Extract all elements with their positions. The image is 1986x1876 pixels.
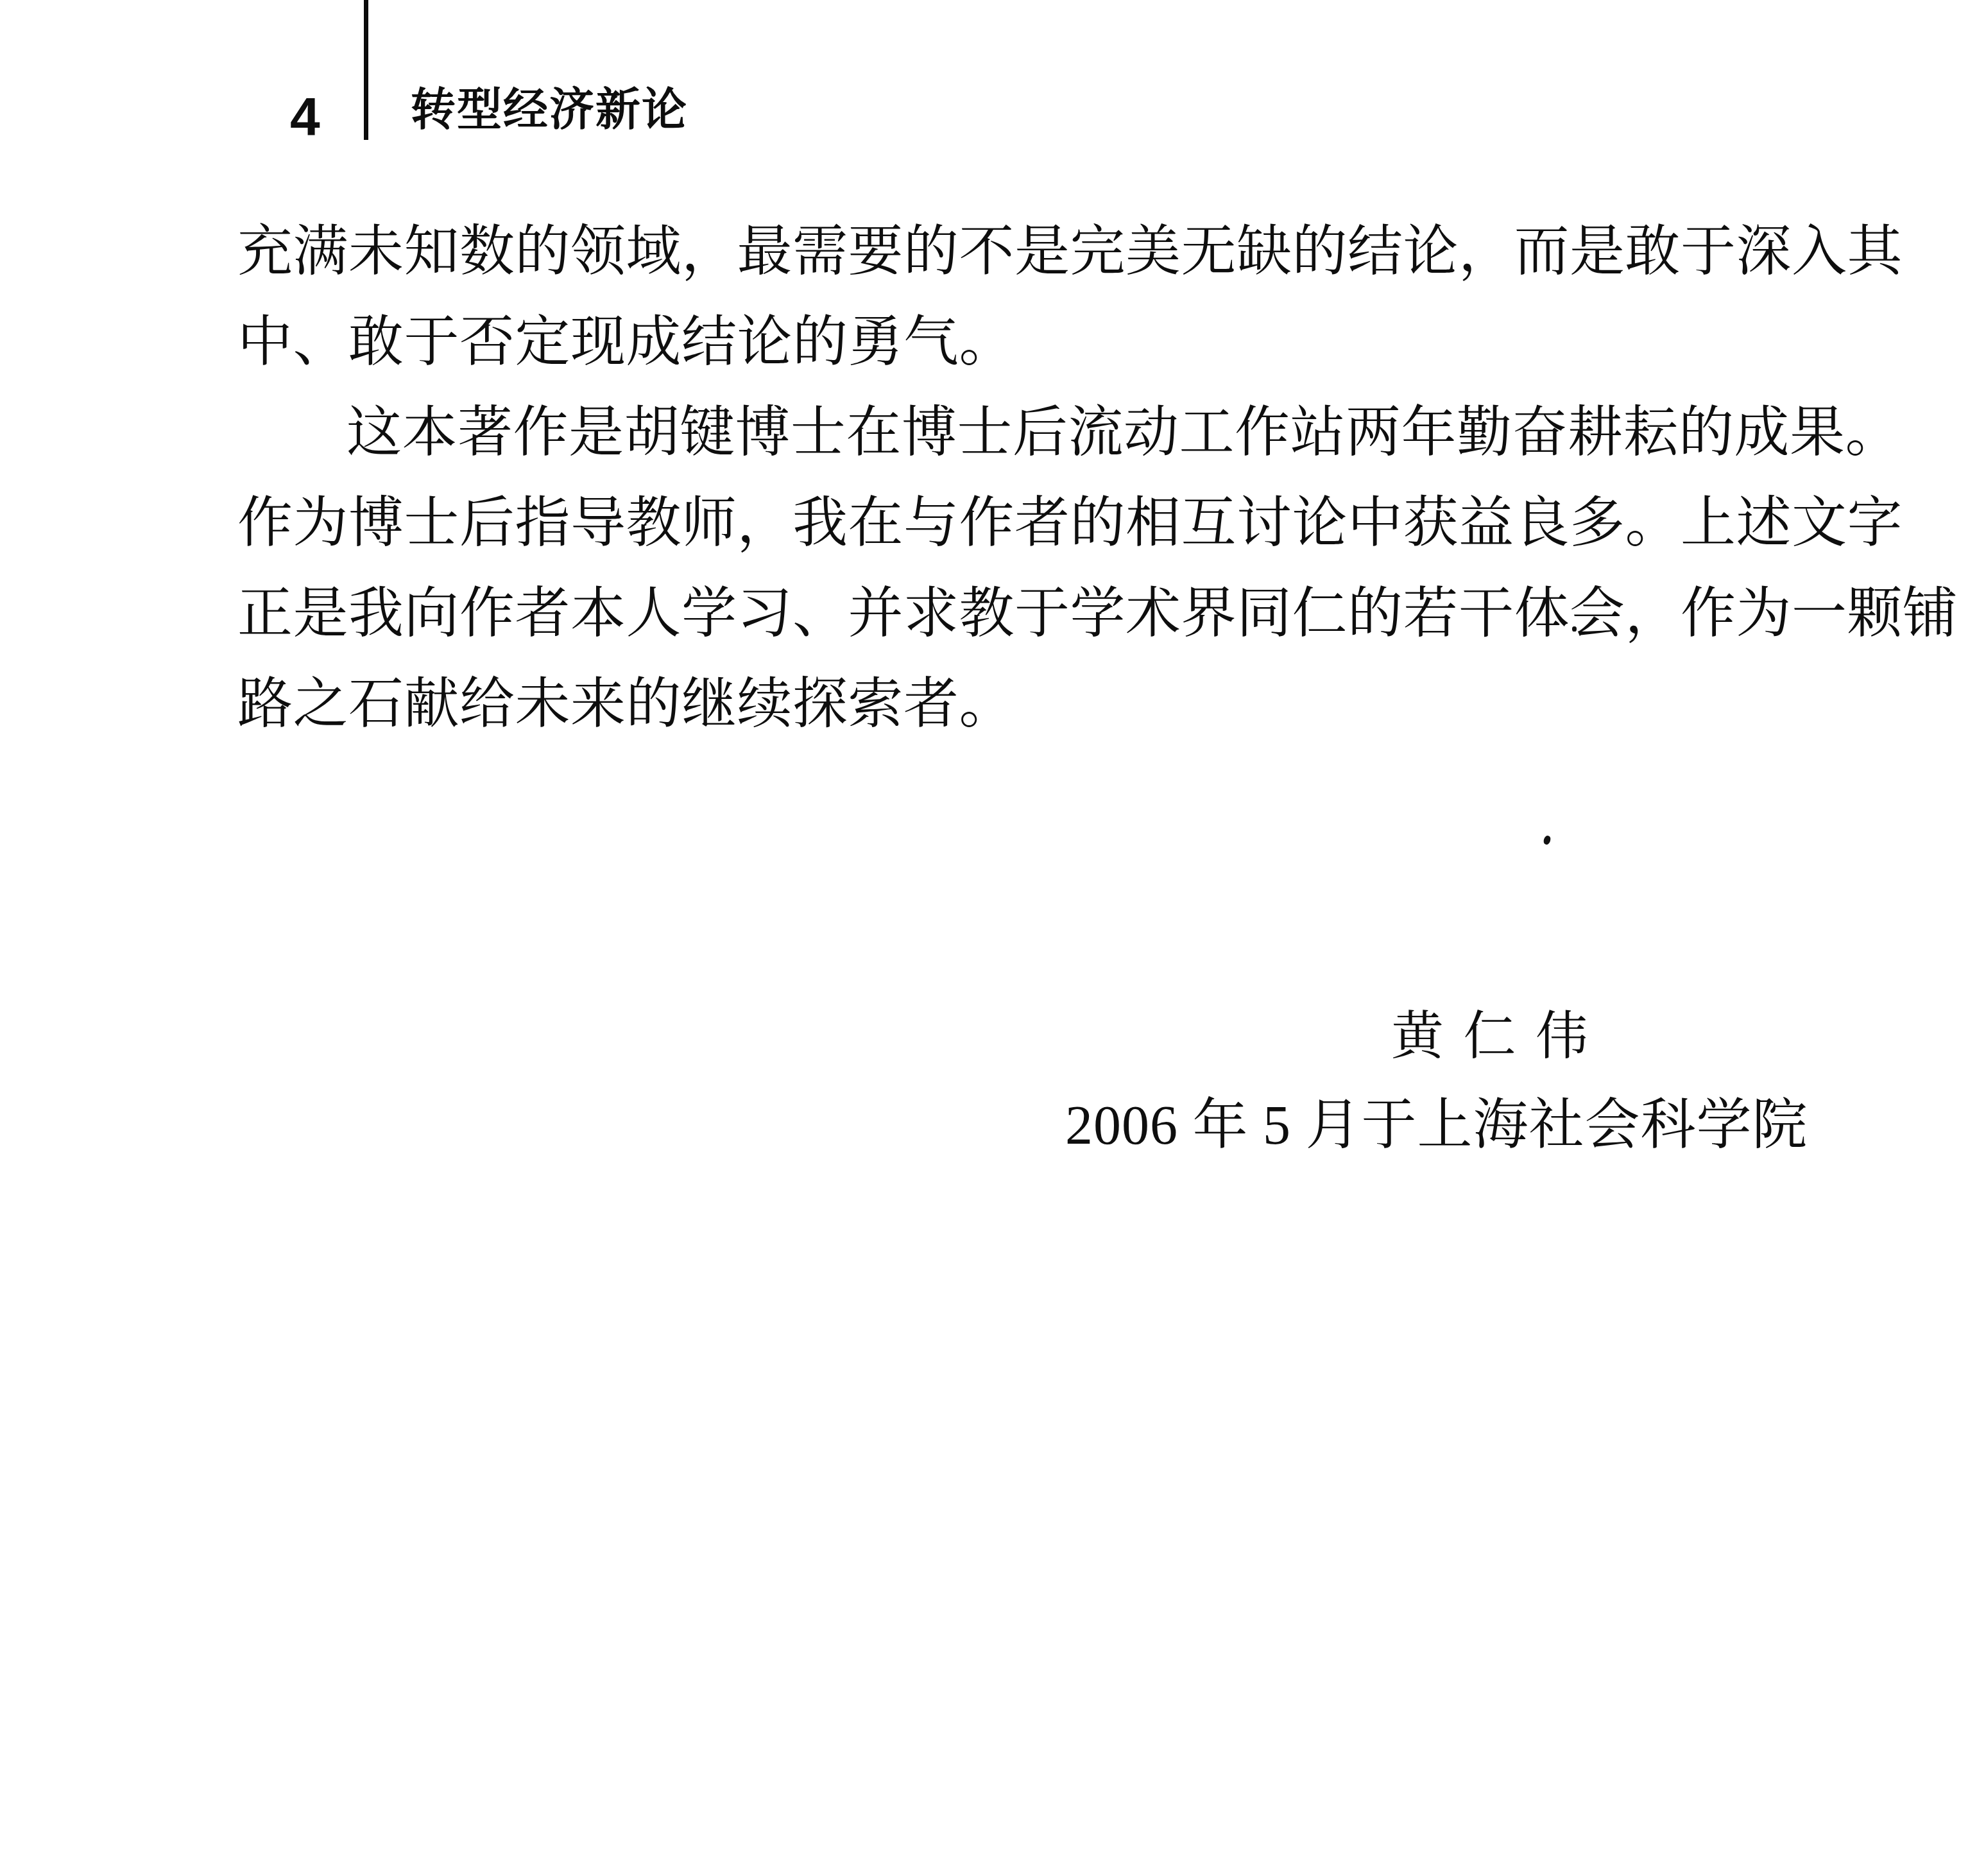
body-line-5: 正是我向作者本人学习、并求教于学术界同仁的若干体会，作为一颗铺 — [237, 569, 1906, 659]
body-line-4: 作为博士后指导教师，我在与作者的相互讨论中获益良多。上述文字 — [237, 478, 1906, 569]
body-line-1: 充满未知数的领域，最需要的不是完美无缺的结论，而是敢于深入其 — [237, 207, 1906, 297]
ink-speck — [1543, 835, 1552, 845]
signature-dateline: 2006 年 5 月于上海社会科学院 — [1065, 1092, 1808, 1158]
author-signature: 黄 仁 伟 — [1391, 1005, 1591, 1068]
preface-body: 充满未知数的领域，最需要的不是完美无缺的结论，而是敢于深入其 中、敢于否定现成结… — [237, 207, 1906, 750]
header-divider-rule — [364, 0, 368, 140]
page-number: 4 — [290, 90, 320, 144]
body-line-6: 路之石献给未来的继续探索者。 — [237, 659, 1906, 750]
body-line-3: 这本著作是胡键博士在博士后流动工作站两年勤奋耕耘的成果。 — [237, 388, 1906, 478]
running-head-book-title: 转型经济新论 — [411, 87, 688, 132]
ink-speck — [1572, 626, 1577, 632]
body-line-2: 中、敢于否定现成结论的勇气。 — [237, 297, 1906, 388]
scanned-book-page: 4 转型经济新论 充满未知数的领域，最需要的不是完美无缺的结论，而是敢于深入其 … — [0, 0, 1986, 1876]
